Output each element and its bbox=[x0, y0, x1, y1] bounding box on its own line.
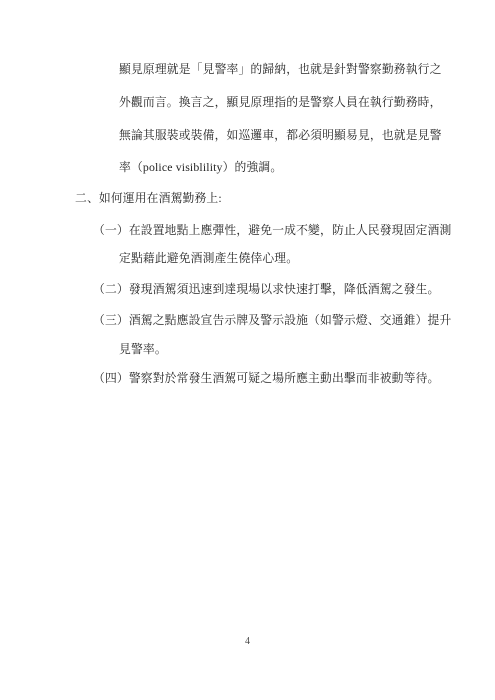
intro-paragraph-line-3: 無論其服裝或裝備，如巡邏車，都必須明顯易見，也就是見警 bbox=[119, 127, 442, 143]
list-item-1-line-2: 定點藉此避免酒測產生僥倖心理。 bbox=[119, 250, 298, 266]
list-item-3-line-2: 見警率。 bbox=[119, 341, 167, 357]
list-item-4-line-1: （四）警察對於常發生酒駕可疑之場所應主動出擊而非被動等待。 bbox=[93, 370, 439, 386]
list-item-1-line-1: （一）在設置地點上應彈性，避免一成不變，防止人民發現固定酒測 bbox=[93, 222, 451, 238]
intro-paragraph-line-1: 顯見原理就是「見警率」的歸納，也就是針對警察勤務執行之 bbox=[119, 61, 442, 77]
page-number: 4 bbox=[0, 636, 495, 647]
section-heading: 二、如何運用在酒駕勤務上: bbox=[75, 190, 222, 206]
list-item-3-line-1: （三）酒駕之點應設宣告示牌及警示設施（如警示燈、交通錐）提升 bbox=[93, 312, 451, 328]
list-item-2-line-1: （二）發現酒駕須迅速到達現場以求快速打擊，降低酒駕之發生。 bbox=[93, 281, 439, 297]
document-page: 顯見原理就是「見警率」的歸納，也就是針對警察勤務執行之 外觀而言。換言之，顯見原… bbox=[0, 0, 495, 700]
intro-paragraph-line-2: 外觀而言。換言之，顯見原理指的是警察人員在執行勤務時， bbox=[119, 94, 442, 110]
intro-paragraph-line-4: 率（police visiblility）的強調。 bbox=[119, 159, 282, 175]
